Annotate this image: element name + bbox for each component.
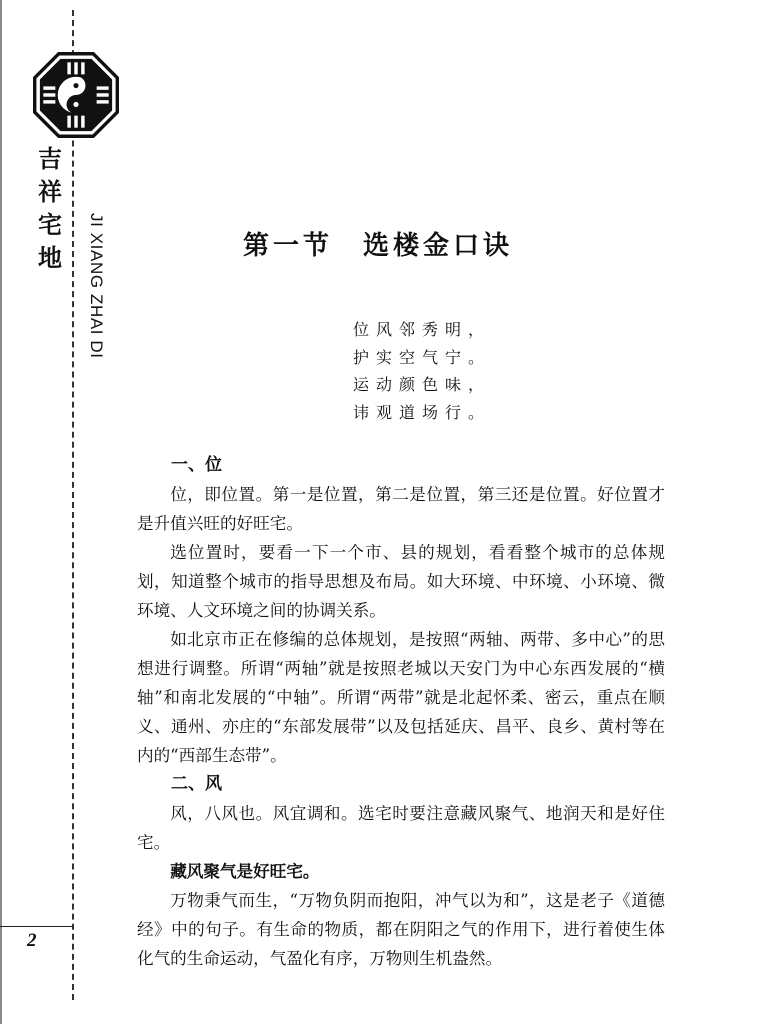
book-title-char: 吉	[30, 143, 70, 176]
section-title: 第一节 选楼金口诀	[243, 225, 563, 262]
book-title-char: 地	[30, 242, 70, 275]
heading-feng: 二、风	[137, 770, 665, 799]
poem-line: 运动颜色味，	[353, 371, 491, 399]
poem-line: 讳观道场行。	[353, 399, 491, 427]
poem-line: 护实空气宁。	[353, 344, 491, 372]
margin-dashed-line	[72, 10, 74, 1000]
subheading: 藏风聚气是好旺宅。	[137, 857, 665, 886]
book-title-pinyin: JI XIANG ZHAI DI	[86, 213, 106, 359]
book-title-vertical: 吉 祥 宅 地	[30, 143, 70, 275]
poem-block: 位风邻秀明， 护实空气宁。 运动颜色味， 讳观道场行。	[353, 316, 491, 426]
page-number: 2	[27, 930, 37, 952]
poem-line: 位风邻秀明，	[353, 316, 491, 344]
paragraph: 风，八风也。风宜调和。选宅时要注意藏风聚气、地润天和是好住宅。	[137, 799, 665, 857]
paragraph: 万物秉气而生，“万物负阴而抱阳，冲气以为和”，这是老子《道德经》中的句子。有生命…	[137, 886, 665, 973]
book-title-char: 宅	[30, 209, 70, 242]
paragraph: 选位置时，要看一下一个市、县的规划，看看整个城市的总体规划，知道整个城市的指导思…	[137, 538, 665, 625]
page-number-rule	[0, 926, 73, 927]
bagua-yinyang-icon	[33, 52, 119, 138]
body-text: 一、位 位，即位置。第一是位置，第二是位置，第三还是位置。好位置才是升值兴旺的好…	[137, 451, 665, 973]
paragraph: 如北京市正在修编的总体规划，是按照“两轴、两带、多中心”的思想进行调整。所谓“两…	[137, 625, 665, 770]
book-title-char: 祥	[30, 176, 70, 209]
heading-wei: 一、位	[137, 451, 665, 480]
page-left-edge	[0, 0, 2, 1024]
paragraph: 位，即位置。第一是位置，第二是位置，第三还是位置。好位置才是升值兴旺的好旺宅。	[137, 480, 665, 538]
